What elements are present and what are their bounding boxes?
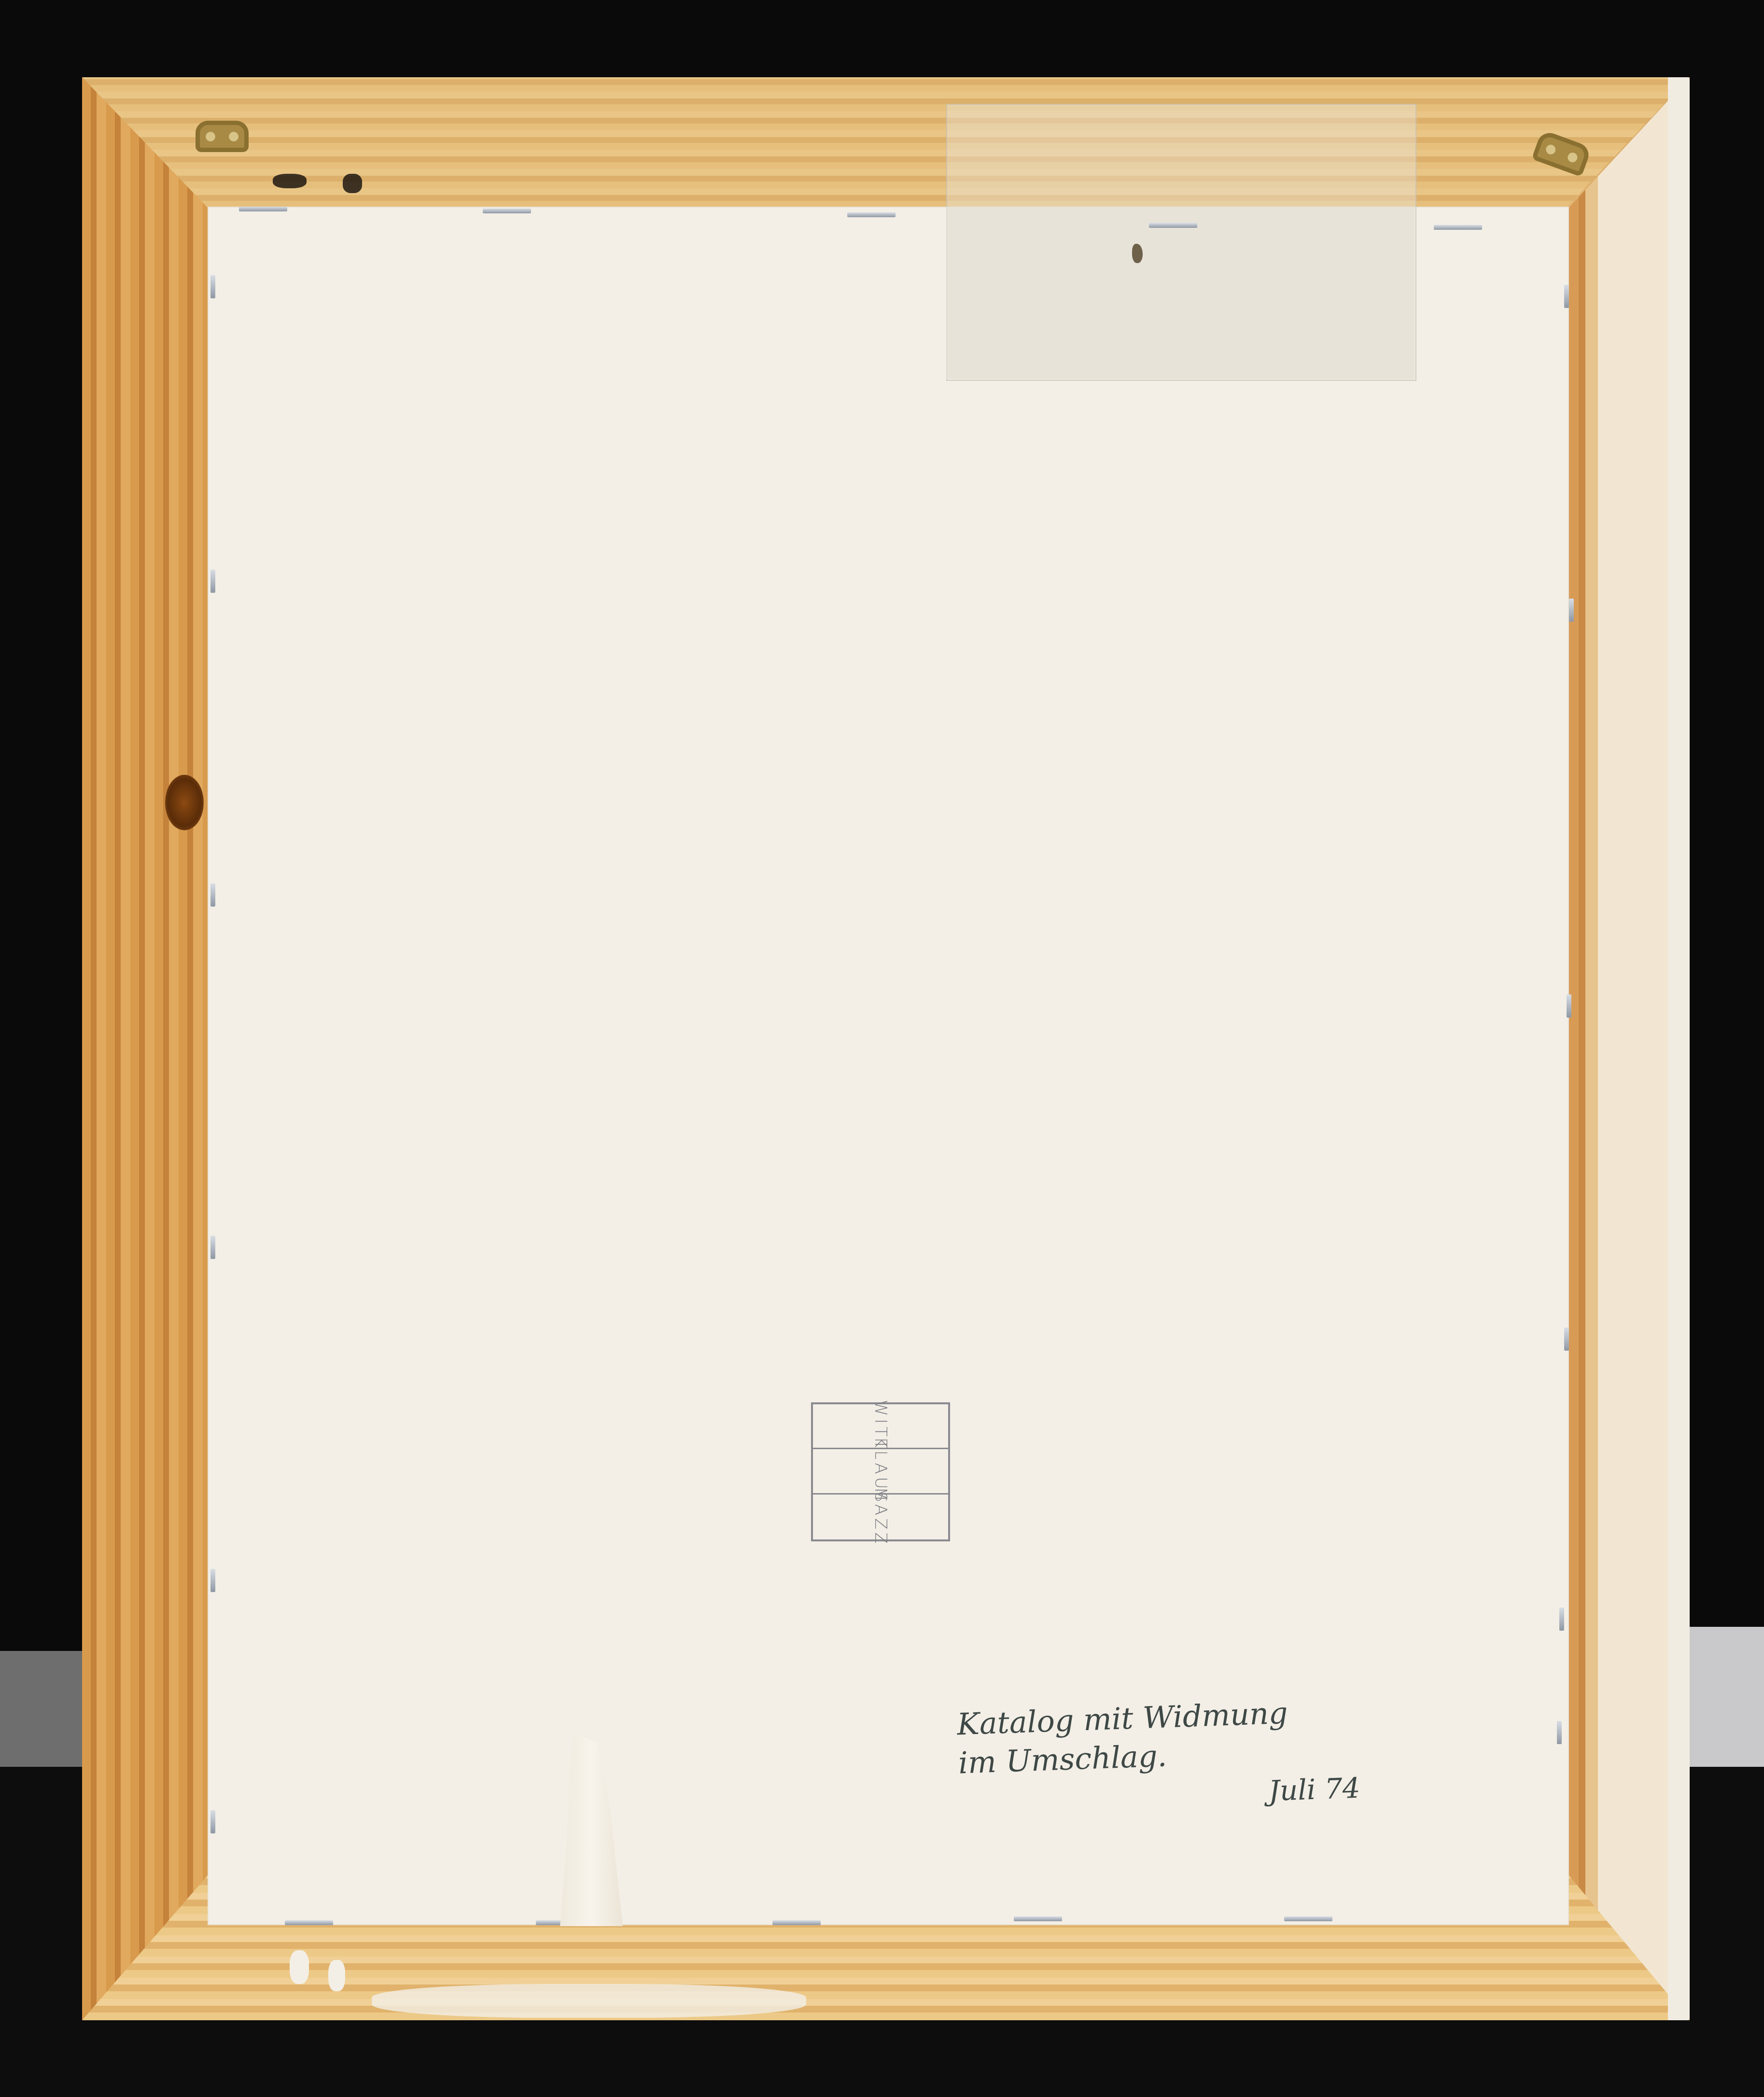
staple — [210, 1810, 215, 1833]
ink-stain — [343, 174, 362, 193]
staple — [772, 1920, 821, 1925]
staple — [1557, 1721, 1562, 1744]
staple — [1014, 1916, 1062, 1921]
stain-spot — [1132, 244, 1143, 263]
backing-board — [208, 207, 1569, 1925]
artist-stamp: WITT KLAUS MAZZ — [811, 1402, 950, 1541]
staple — [1434, 225, 1482, 230]
staple — [1149, 223, 1197, 228]
handwritten-inscription: Katalog mit Widmung im Umschlag. Juli 74 — [956, 1689, 1443, 1821]
hanger-icon — [196, 121, 249, 152]
paint-chip — [290, 1950, 309, 1984]
staple — [1567, 994, 1571, 1018]
background-grey-band-right — [1690, 1627, 1764, 1767]
staple — [1569, 599, 1574, 622]
stamp-row: MAZZ — [813, 1495, 948, 1539]
inscription-date: Juli 74 — [1268, 1766, 1443, 1811]
staple — [210, 275, 215, 298]
stamp-text: MAZZ — [871, 1487, 890, 1547]
staple — [1284, 1916, 1332, 1921]
wood-knot — [165, 775, 204, 830]
ink-stain — [273, 174, 307, 188]
paint-chip — [372, 1984, 806, 2018]
staple — [210, 883, 215, 907]
staple — [1559, 1608, 1564, 1631]
staple — [1564, 285, 1569, 308]
paint-chip — [328, 1960, 345, 1991]
frame-painted-edge — [1668, 77, 1690, 2020]
staple — [285, 1920, 333, 1925]
staple — [210, 1236, 215, 1259]
staple — [239, 207, 287, 211]
staple — [210, 1569, 215, 1592]
staple — [483, 209, 531, 213]
staple — [1564, 1328, 1569, 1351]
frame-rail-left — [82, 77, 208, 2020]
frame-rail-top — [82, 77, 1690, 208]
staple — [210, 570, 215, 593]
tape-pocket-on-board — [946, 207, 1414, 379]
staple — [847, 212, 896, 217]
